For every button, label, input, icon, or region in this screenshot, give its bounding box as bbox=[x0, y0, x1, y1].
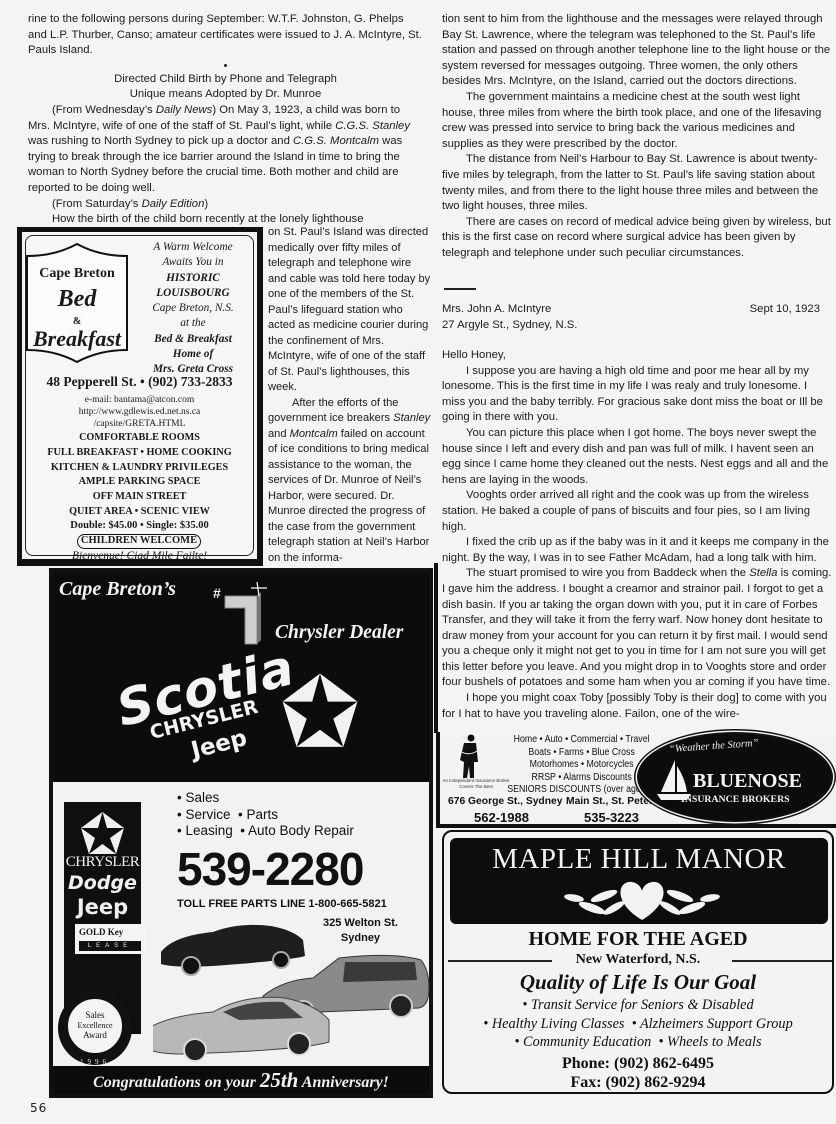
service-item: • Community Education • Wheels to Meals bbox=[444, 1033, 832, 1052]
bnb-url[interactable]: http://www.gdlewis.ed.net.ns.ca bbox=[22, 406, 257, 418]
welcome-line: LOUISBOURG bbox=[130, 286, 256, 301]
separator-bullet: • bbox=[28, 61, 423, 72]
company-name: BLUENOSE bbox=[693, 770, 802, 793]
letter-paragraph: I suppose you are having a high old time… bbox=[442, 364, 832, 426]
bluenose-logo: “Weather the Storm” BLUENOSE INSURANCE B… bbox=[637, 732, 833, 822]
bed-and-breakfast-ad: Cape Breton Bed & Breakfast A Warm Welco… bbox=[17, 227, 263, 566]
welcome-line: Home of bbox=[130, 347, 256, 362]
feature-item: FULL BREAKFAST • HOME COOKING bbox=[22, 446, 257, 461]
coverage-item: Home • Auto • Commercial • Travel bbox=[498, 734, 665, 747]
svg-text:Award: Award bbox=[83, 1030, 107, 1040]
article-paragraph: The government maintains a medicine ches… bbox=[442, 90, 832, 152]
logo-chrysler: CHRYSLER bbox=[64, 854, 141, 871]
company-subtitle: INSURANCE BROKERS bbox=[681, 794, 790, 805]
bnb-email[interactable]: e-mail: bantama@atcon.com bbox=[22, 394, 257, 406]
location-sydney: 676 George St., Sydney bbox=[448, 796, 562, 807]
column-rule bbox=[434, 563, 438, 733]
logo-jeep: Jeep bbox=[64, 895, 141, 919]
dealer-phone[interactable]: 539-2280 bbox=[177, 842, 363, 896]
manor-fax: Fax: (902) 862-9294 bbox=[444, 1073, 832, 1092]
sign-bed: Bed bbox=[25, 286, 129, 313]
location-st-peters: Main St., St. Peters bbox=[566, 796, 659, 807]
bnb-features: COMFORTABLE ROOMS FULL BREAKFAST • HOME … bbox=[22, 431, 257, 520]
article-paragraph: There are cases on record of medical adv… bbox=[442, 215, 832, 262]
heart-leaves-icon bbox=[552, 878, 732, 927]
broker-figure-icon bbox=[458, 734, 480, 783]
article-paragraph: (From Wednesday’s Daily News) On May 3, … bbox=[28, 103, 423, 197]
feature-item: COMFORTABLE ROOMS bbox=[22, 431, 257, 446]
article-paragraph: on St. Paul’s Island was directed medica… bbox=[268, 225, 432, 396]
dealer-services: • Sales • Service • Parts • Leasing • Au… bbox=[177, 790, 354, 840]
page-number: 56 bbox=[30, 1101, 47, 1115]
feature-item: QUIET AREA • SCENIC VIEW bbox=[22, 505, 257, 520]
divider-right bbox=[732, 960, 832, 962]
headline: Directed Child Birth by Phone and Telegr… bbox=[28, 72, 423, 88]
scotia-chrysler-ad: Cape Breton’s # Chrysler Dealer Scotia C… bbox=[49, 568, 433, 1098]
article-narrow-column: on St. Paul’s Island was directed medica… bbox=[268, 225, 432, 566]
cars-icon bbox=[153, 922, 433, 1072]
section-divider bbox=[444, 288, 476, 290]
sign-title: Cape Breton bbox=[25, 266, 129, 282]
letter-greeting: Hello Honey, bbox=[442, 348, 832, 364]
phone-sydney[interactable]: 562-1988 bbox=[474, 810, 529, 825]
manor-name: MAPLE HILL MANOR bbox=[450, 843, 828, 876]
svg-text:1996: 1996 bbox=[80, 1058, 110, 1066]
feature-item: KITCHEN & LAUNDRY PRIVILEGES bbox=[22, 461, 257, 476]
intro-paragraph: rine to the following persons during Sep… bbox=[28, 12, 423, 59]
vehicle-photos bbox=[153, 922, 433, 1077]
letter-address: 27 Argyle St., Sydney, N.S. bbox=[442, 318, 832, 334]
bluenose-insurance-ad: An Independent Insurance Broker Covers T… bbox=[436, 732, 836, 828]
bnb-contact: e-mail: bantama@atcon.com http://www.gdl… bbox=[22, 394, 257, 431]
svg-text:#: # bbox=[213, 585, 221, 601]
ad-headline-left: Cape Breton’s bbox=[59, 578, 176, 601]
bnb-greeting: Bienvenue! Ciad Mile Failte! bbox=[22, 550, 257, 562]
welcome-line: A Warm Welcome bbox=[130, 240, 256, 255]
article-source: (From Saturday’s Daily Edition) bbox=[28, 197, 423, 213]
letter-paragraph: Vooghts order arrived all right and the … bbox=[442, 488, 832, 535]
welcome-line: Awaits You in bbox=[130, 255, 256, 270]
subheadline: Unique means Adopted by Dr. Munroe bbox=[28, 87, 423, 103]
number-one-icon: # bbox=[213, 582, 273, 651]
service-item: • Healthy Living Classes • Alzheimers Su… bbox=[444, 1015, 832, 1034]
article-intro: rine to the following persons during Sep… bbox=[28, 12, 423, 228]
coverage-item: Boats • Farms • Blue Cross bbox=[498, 747, 665, 760]
hanging-sign: Cape Breton Bed & Breakfast bbox=[25, 242, 129, 364]
service-item: • Transit Service for Seniors & Disabled bbox=[444, 996, 832, 1015]
feature-item: AMPLE PARKING SPACE bbox=[22, 475, 257, 490]
svg-text:Excellence: Excellence bbox=[77, 1021, 113, 1030]
welcome-line: at the bbox=[130, 316, 256, 331]
pentastar-icon bbox=[281, 668, 359, 759]
children-welcome-badge: CHILDREN WELCOME bbox=[77, 534, 201, 549]
letter-header: Mrs. John A. McIntyre 27 Argyle St., Syd… bbox=[442, 302, 832, 333]
slogan: “Weather the Storm” bbox=[669, 738, 759, 755]
bnb-address-phone: 48 Pepperell St. • (902) 733-2833 bbox=[22, 374, 257, 390]
letter-paragraph: The stuart promised to wire you from Bad… bbox=[442, 566, 832, 691]
service-item: • Sales bbox=[177, 790, 354, 807]
pentastar-small-icon bbox=[64, 810, 141, 858]
letter-paragraph: You can picture this place when I got ho… bbox=[442, 426, 832, 488]
phone-st-peters[interactable]: 535-3223 bbox=[584, 810, 639, 825]
service-item: • Leasing • Auto Body Repair bbox=[177, 823, 354, 840]
sign-breakfast: Breakfast bbox=[25, 326, 129, 352]
article-paragraph: After the efforts of the government ice … bbox=[268, 396, 432, 567]
manor-banner: MAPLE HILL MANOR bbox=[450, 838, 828, 924]
bnb-url-path[interactable]: /capsite/GRETA.HTML bbox=[22, 418, 257, 430]
maple-hill-manor-ad: MAPLE HILL MANOR HOME FOR THE AGED New W… bbox=[442, 830, 834, 1094]
service-item: • Service • Parts bbox=[177, 807, 354, 824]
ad-headline-right: Chrysler Dealer bbox=[275, 622, 403, 644]
logo-dodge: Dodge bbox=[64, 872, 141, 894]
manor-tagline: Quality of Life Is Our Goal bbox=[444, 970, 832, 995]
lease-label: LEASE bbox=[79, 941, 141, 951]
bnb-prices: Double: $45.00 • Single: $35.00 bbox=[22, 520, 257, 531]
welcome-text: A Warm Welcome Awaits You in HISTORIC LO… bbox=[130, 240, 256, 378]
anniversary-banner: Congratulations on your 25th Anniversary… bbox=[53, 1066, 429, 1094]
article-right-column: tion sent to him from the lighthouse and… bbox=[442, 12, 832, 262]
sales-excellence-award-badge: Sales Excellence Award 1996 bbox=[55, 990, 135, 1075]
article-paragraph: tion sent to him from the lighthouse and… bbox=[442, 12, 832, 90]
manor-contact: Phone: (902) 862-6495 Fax: (902) 862-929… bbox=[444, 1054, 832, 1092]
letter: Mrs. John A. McIntyre 27 Argyle St., Syd… bbox=[442, 302, 832, 722]
gold-key-label: GOLD Key bbox=[79, 927, 123, 937]
manor-phone[interactable]: Phone: (902) 862-6495 bbox=[444, 1054, 832, 1073]
toll-free-line: TOLL FREE PARTS LINE 1-800-665-5821 bbox=[177, 898, 387, 910]
ad-banner: Cape Breton’s # Chrysler Dealer Scotia C… bbox=[53, 572, 429, 782]
letter-date: Sept 10, 1923 bbox=[750, 302, 820, 318]
manor-subtitle: HOME FOR THE AGED bbox=[444, 928, 832, 951]
gold-key-lease-logo: GOLD Key LEASE bbox=[75, 924, 145, 954]
manor-services: • Transit Service for Seniors & Disabled… bbox=[444, 996, 832, 1052]
welcome-line: HISTORIC bbox=[130, 271, 256, 286]
welcome-line: Cape Breton, N.S. bbox=[130, 301, 256, 316]
letter-paragraph: I hope you might coax Toby [possibly Tob… bbox=[442, 691, 832, 722]
feature-item: OFF MAIN STREET bbox=[22, 490, 257, 505]
letter-paragraph: I fixed the crib up as if the baby was i… bbox=[442, 535, 832, 566]
welcome-line: Bed & Breakfast bbox=[130, 332, 256, 347]
article-paragraph: The distance from Neil’s Harbour to Bay … bbox=[442, 152, 832, 214]
svg-text:Sales: Sales bbox=[86, 1010, 105, 1020]
